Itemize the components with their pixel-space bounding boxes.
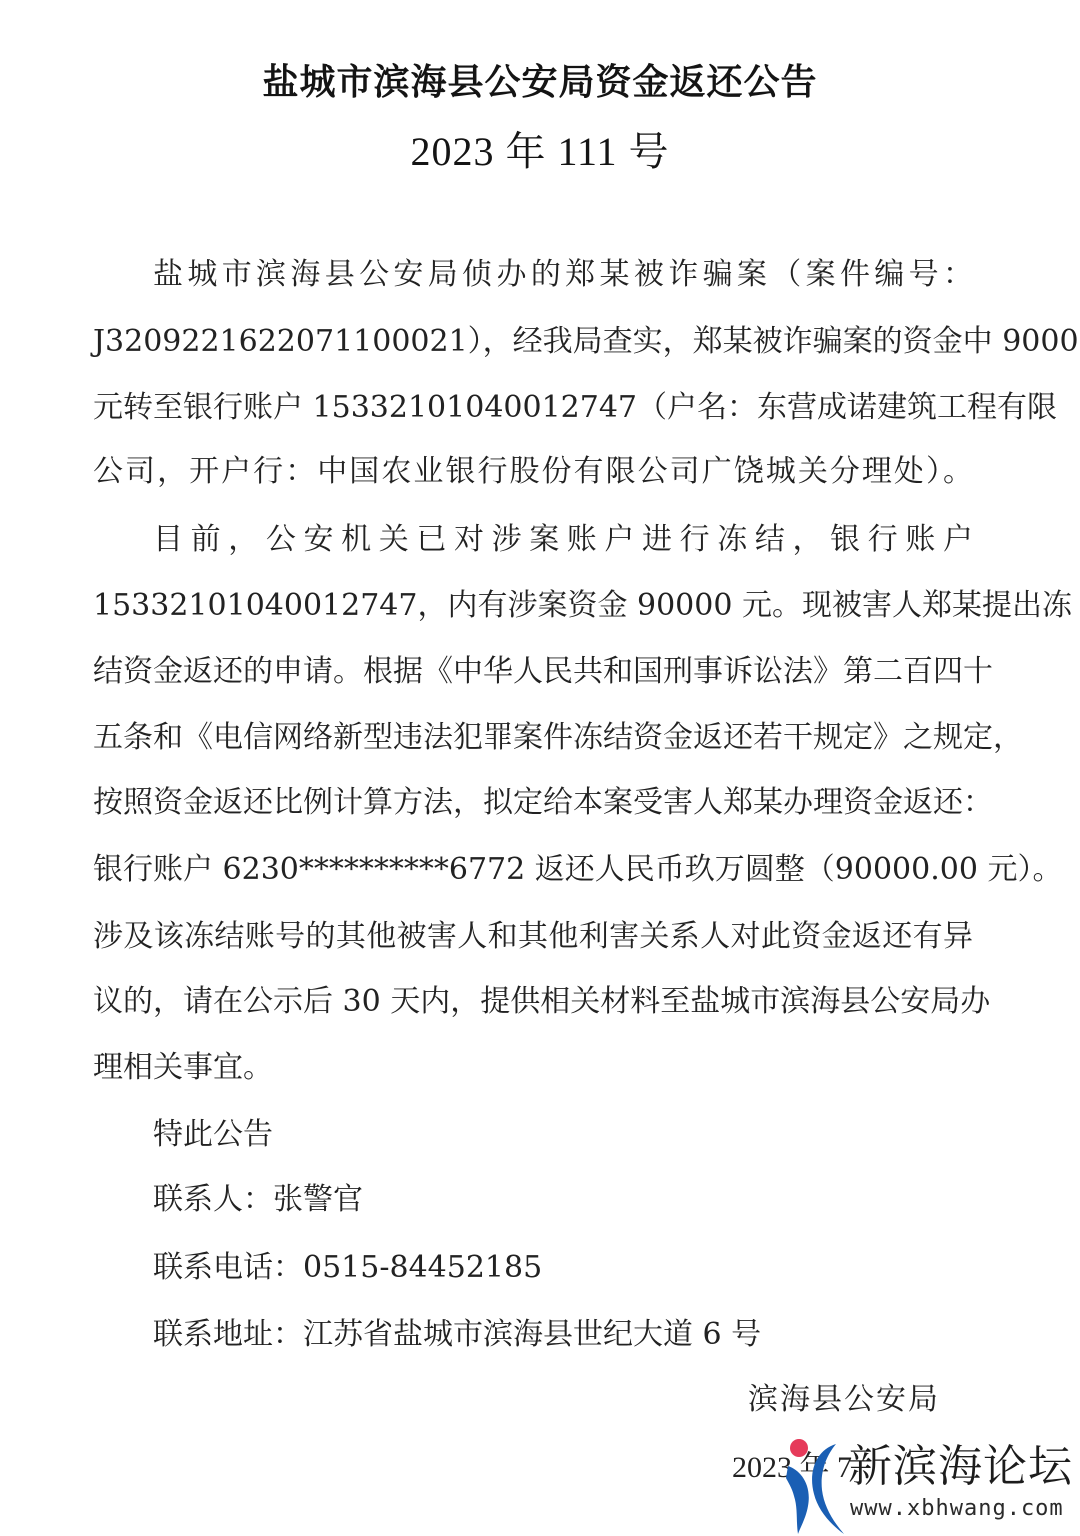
paragraph-line: 议的，请在公示后 30 天内，提供相关材料至盐城市滨海县公安局办 (93, 982, 973, 1022)
paragraph-line: 结资金返还的申请。根据《中华人民共和国刑事诉讼法》第二百四十 (93, 652, 973, 692)
forum-logo-icon (786, 1436, 846, 1536)
paragraph-line: 按照资金返还比例计算方法，拟定给本案受害人郑某办理资金返还： (93, 783, 973, 823)
paragraph-line: 涉及该冻结账号的其他被害人和其他利害关系人对此资金返还有异 (93, 917, 973, 957)
paragraph-line: 15332101040012747，内有涉案资金 90000 元。现被害人郑某提… (93, 586, 973, 626)
paragraph-line: 目前，公安机关已对涉案账户进行冻结，银行账户 (153, 520, 973, 560)
document-number: 2023 年 111 号 (0, 120, 1080, 177)
paragraph-line: 盐城市滨海县公安局侦办的郑某被诈骗案（案件编号： (153, 255, 973, 295)
paragraph-line: J3209221622071100021），经我局查实，郑某被诈骗案的资金中 9… (93, 322, 973, 362)
signature-issuer: 滨海县公安局 (748, 1380, 940, 1420)
document-title: 盐城市滨海县公安局资金返还公告 (0, 54, 1080, 105)
paragraph-line: 公司，开户行：中国农业银行股份有限公司广饶城关分理处）。 (93, 452, 973, 492)
paragraph-line: 银行账户 6230**********6772 返还人民币玖万圆整（90000.… (93, 850, 973, 890)
forum-url: www.xbhwang.com (850, 1496, 1064, 1522)
contact-phone: 联系电话：0515-84452185 (153, 1248, 542, 1288)
forum-watermark: 新滨海论坛 www.xbhwang.com (786, 1436, 1080, 1536)
paragraph-line: 元转至银行账户 15332101040012747（户名：东营成诺建筑工程有限 (93, 388, 973, 428)
forum-name: 新滨海论坛 (848, 1442, 1073, 1492)
contact-address: 联系地址：江苏省盐城市滨海县世纪大道 6 号 (153, 1315, 761, 1355)
paragraph-line: 五条和《电信网络新型违法犯罪案件冻结资金返还若干规定》之规定， (93, 718, 973, 758)
paragraph-line: 理相关事宜。 (93, 1048, 273, 1088)
contact-person: 联系人：张警官 (153, 1180, 363, 1220)
closing-text: 特此公告 (153, 1115, 273, 1155)
